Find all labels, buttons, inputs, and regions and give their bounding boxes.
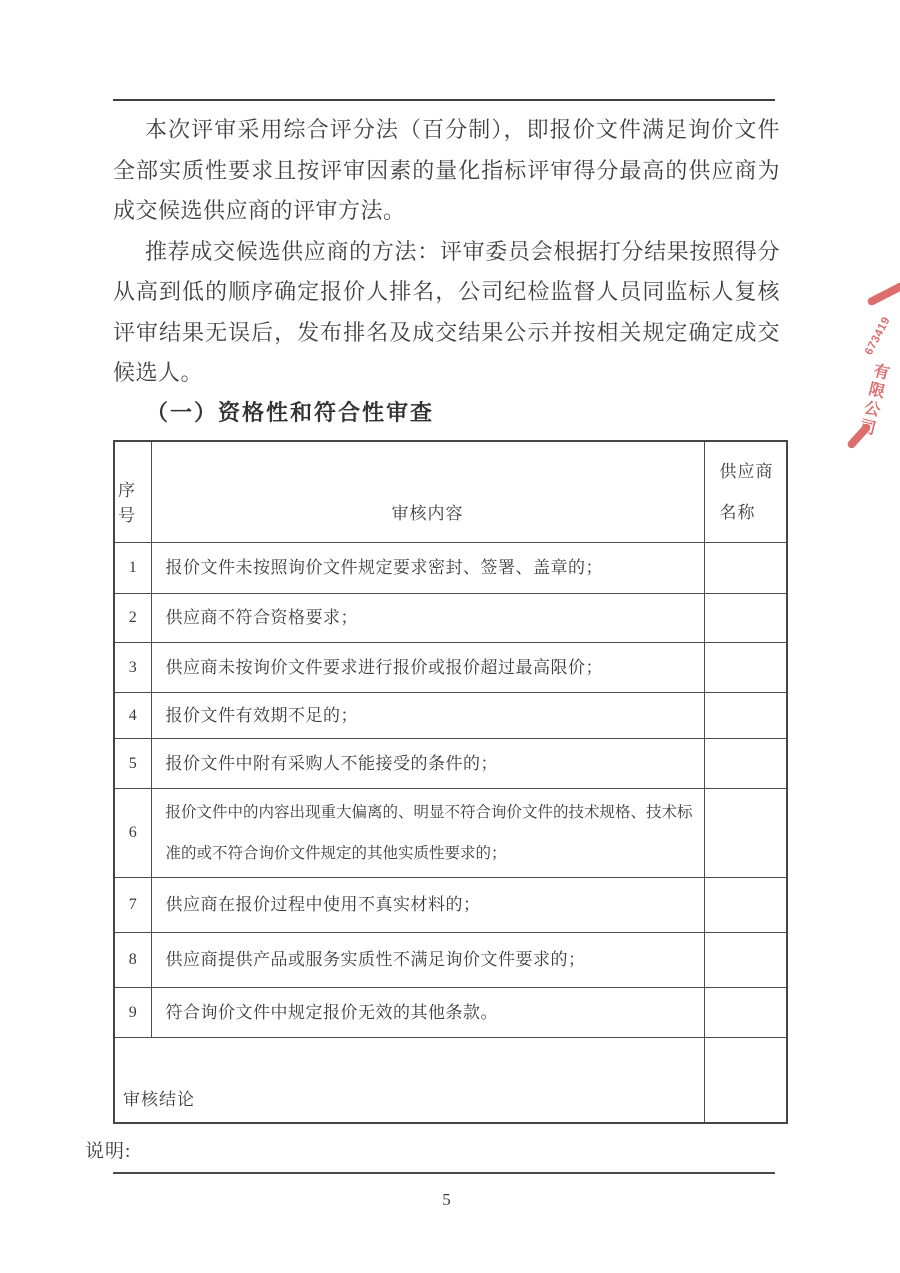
row-audit-content: 供应商不符合资格要求；	[151, 594, 704, 643]
document-page: 本次评审采用综合评分法（百分制），即报价文件满足询价文件全部实质性要求且按评审因…	[0, 0, 900, 1273]
row-number: 7	[114, 878, 151, 933]
table-row: 2 供应商不符合资格要求；	[114, 594, 787, 643]
row-audit-content: 报价文件有效期不足的；	[151, 693, 704, 739]
table-header-row: 序号 审核内容 供应商 名称	[114, 441, 787, 543]
table-row: 7 供应商在报价过程中使用不真实材料的；	[114, 878, 787, 933]
paragraph-evaluation-method: 本次评审采用综合评分法（百分制），即报价文件满足询价文件全部实质性要求且按评审因…	[113, 110, 780, 232]
notes-label: 说明:	[85, 1136, 900, 1163]
supplier-name-cell	[704, 789, 787, 878]
supplier-name-cell	[704, 543, 787, 594]
paragraph-recommendation-method: 推荐成交候选供应商的方法：评审委员会根据打分结果按照得分从高到低的顺序确定报价人…	[113, 232, 780, 394]
row-number: 8	[114, 933, 151, 988]
table-row: 6 报价文件中的内容出现重大偏离的、明显不符合询价文件的技术规格、技术标准的或不…	[114, 789, 787, 878]
supplier-header-line1: 供应商	[720, 451, 786, 492]
row-audit-content: 供应商未按询价文件要求进行报价或报价超过最高限价；	[151, 643, 704, 693]
supplier-name-cell	[704, 739, 787, 789]
row-audit-content: 报价文件未按照询价文件规定要求密封、签署、盖章的；	[151, 543, 704, 594]
table-row: 1 报价文件未按照询价文件规定要求密封、签署、盖章的；	[114, 543, 787, 594]
table-body: 1 报价文件未按照询价文件规定要求密封、签署、盖章的； 2 供应商不符合资格要求…	[114, 543, 787, 1038]
row-number: 9	[114, 988, 151, 1038]
row-audit-content: 报价文件中附有采购人不能接受的条件的；	[151, 739, 704, 789]
table-row: 3 供应商未按询价文件要求进行报价或报价超过最高限价；	[114, 643, 787, 693]
supplier-name-cell	[704, 988, 787, 1038]
supplier-name-cell	[704, 643, 787, 693]
supplier-name-cell	[704, 693, 787, 739]
col-header-index: 序号	[114, 441, 151, 543]
section-heading: （一）资格性和符合性审查	[146, 394, 900, 432]
row-audit-content: 报价文件中的内容出现重大偏离的、明显不符合询价文件的技术规格、技术标准的或不符合…	[151, 789, 704, 878]
row-number: 2	[114, 594, 151, 643]
seal-border-stroke-top-icon	[866, 281, 900, 306]
row-audit-content: 符合询价文件中规定报价无效的其他条款。	[151, 988, 704, 1038]
row-number: 5	[114, 739, 151, 789]
company-seal-stamp: 673419 有限公司	[840, 282, 900, 462]
row-number: 4	[114, 693, 151, 739]
col-header-content: 审核内容	[151, 441, 704, 543]
seal-serial-number: 673419	[863, 311, 895, 357]
supplier-name-cell	[704, 933, 787, 988]
supplier-header-line2: 名称	[720, 492, 786, 533]
row-audit-content: 供应商在报价过程中使用不真实材料的；	[151, 878, 704, 933]
row-audit-content: 供应商提供产品或服务实质性不满足询价文件要求的；	[151, 933, 704, 988]
row-number: 3	[114, 643, 151, 693]
qualification-review-table: 序号 审核内容 供应商 名称 1 报价文件未按照询价文件规定要求密封、签署、盖章…	[113, 440, 788, 1124]
audit-conclusion-row: 审核结论	[114, 1038, 787, 1123]
supplier-name-cell	[704, 878, 787, 933]
notes-underline	[113, 1172, 775, 1174]
table-row: 9 符合询价文件中规定报价无效的其他条款。	[114, 988, 787, 1038]
table-row: 4 报价文件有效期不足的；	[114, 693, 787, 739]
row-number: 6	[114, 789, 151, 878]
table-row: 5 报价文件中附有采购人不能接受的条件的；	[114, 739, 787, 789]
page-number: 5	[113, 1190, 780, 1210]
audit-conclusion-supplier-cell	[704, 1038, 787, 1123]
seal-company-text: 有限公司	[852, 352, 895, 439]
table-row: 8 供应商提供产品或服务实质性不满足询价文件要求的；	[114, 933, 787, 988]
col-header-supplier-name: 供应商 名称	[704, 441, 787, 543]
supplier-name-cell	[704, 594, 787, 643]
audit-conclusion-label: 审核结论	[114, 1038, 704, 1123]
header-rule	[113, 99, 775, 101]
row-number: 1	[114, 543, 151, 594]
